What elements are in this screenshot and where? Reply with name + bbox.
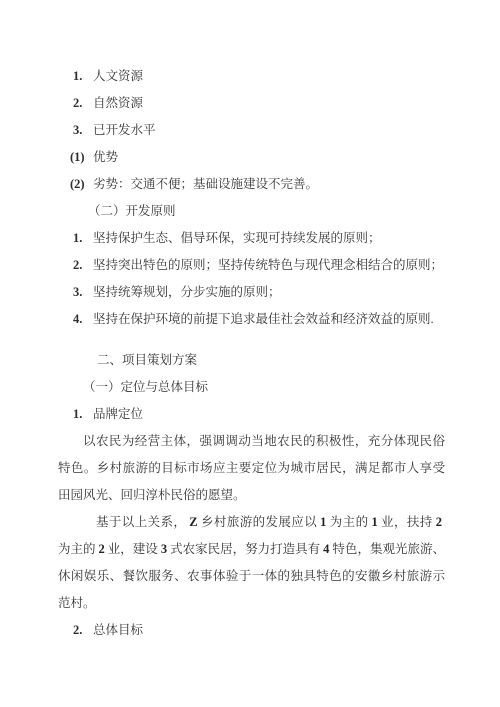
bold-placeholder: 1 (320, 515, 326, 529)
list-marker: 3. (73, 117, 93, 144)
bold-placeholder: 4 (323, 542, 329, 556)
list-item-text: 已开发水平 (93, 117, 445, 144)
subsection-heading-positioning-goals: （一）定位与总体目标 (58, 374, 445, 401)
paragraph-run: 为主的 (329, 515, 368, 529)
bold-placeholder: 2 (436, 515, 442, 529)
list-item-principle-4: 4. 坚持在保护环境的前提下追求最佳社会效益和经济效益的原则. (58, 306, 445, 333)
list-item-text: 坚持突出特色的原则；坚持传统特色与现代理念相结合的原则； (93, 252, 445, 279)
paragraph-run: 式农家民居，努力打造具有 (170, 542, 320, 556)
section-heading-development-principles: （二）开发原则 (58, 198, 445, 225)
list-item-human-resources: 1. 人文资源 (58, 63, 445, 90)
list-item-text: 坚持保护生态、倡导环保，实现可持续发展的原则； (93, 225, 445, 252)
list-marker: (2) (70, 171, 93, 198)
paragraph-run: 为主的 (58, 542, 96, 556)
bold-placeholder: 2 (99, 542, 105, 556)
list-item-advantages: (1) 优势 (58, 144, 445, 171)
list-marker: 1. (73, 63, 93, 90)
list-item-brand-positioning: 1. 品牌定位 (58, 401, 445, 428)
list-item-development-level: 3. 已开发水平 (58, 117, 445, 144)
list-marker: 2. (73, 252, 93, 279)
paragraph-run: 基于以上关系， (96, 515, 186, 529)
list-item-text: 人文资源 (93, 63, 445, 90)
list-item-principle-2: 2. 坚持突出特色的原则；坚持传统特色与现代理念相结合的原则； (58, 252, 445, 279)
paragraph-brand-positioning: 以农民为经营主体，强调调动当地农民的积极性，充分体现民俗特色。乡村旅游的目标市场… (58, 428, 445, 509)
paragraph-run: 业，建设 (108, 542, 158, 556)
section-heading-project-plan: 二、项目策划方案 (58, 347, 445, 374)
paragraph-run: 业，扶持 (381, 515, 433, 529)
list-marker: 2. (73, 90, 93, 117)
list-marker: 1. (73, 225, 93, 252)
bold-placeholder: 1 (371, 515, 377, 529)
list-marker: 4. (73, 306, 93, 333)
list-item-text: 总体目标 (93, 617, 445, 644)
list-marker: 3. (73, 279, 93, 306)
list-item-text: 劣势：交通不便；基础设施建设不完善。 (93, 171, 445, 198)
list-item-overall-goal: 2. 总体目标 (58, 617, 445, 644)
bold-placeholder: Z (189, 515, 197, 529)
list-item-natural-resources: 2. 自然资源 (58, 90, 445, 117)
list-marker: 1. (73, 401, 93, 428)
paragraph-run: 乡村旅游的发展应以 (201, 515, 317, 529)
list-item-text: 自然资源 (93, 90, 445, 117)
list-item-text: 优势 (93, 144, 445, 171)
bold-placeholder: 3 (161, 542, 167, 556)
document-page: 1. 人文资源 2. 自然资源 3. 已开发水平 (1) 优势 (2) 劣势：交… (0, 0, 500, 707)
list-item-text: 品牌定位 (93, 401, 445, 428)
list-item-principle-1: 1. 坚持保护生态、倡导环保，实现可持续发展的原则； (58, 225, 445, 252)
list-item-disadvantages: (2) 劣势：交通不便；基础设施建设不完善。 (58, 171, 445, 198)
list-item-text: 坚持统筹规划，分步实施的原则； (93, 279, 445, 306)
list-item-principle-3: 3. 坚持统筹规划，分步实施的原则； (58, 279, 445, 306)
list-item-text: 坚持在保护环境的前提下追求最佳社会效益和经济效益的原则. (93, 306, 445, 333)
list-marker: (1) (70, 144, 93, 171)
paragraph-overall-goal: 基于以上关系，Z乡村旅游的发展应以1为主的1业，扶持2为主的2业，建设3式农家民… (58, 509, 445, 617)
list-marker: 2. (73, 617, 93, 644)
